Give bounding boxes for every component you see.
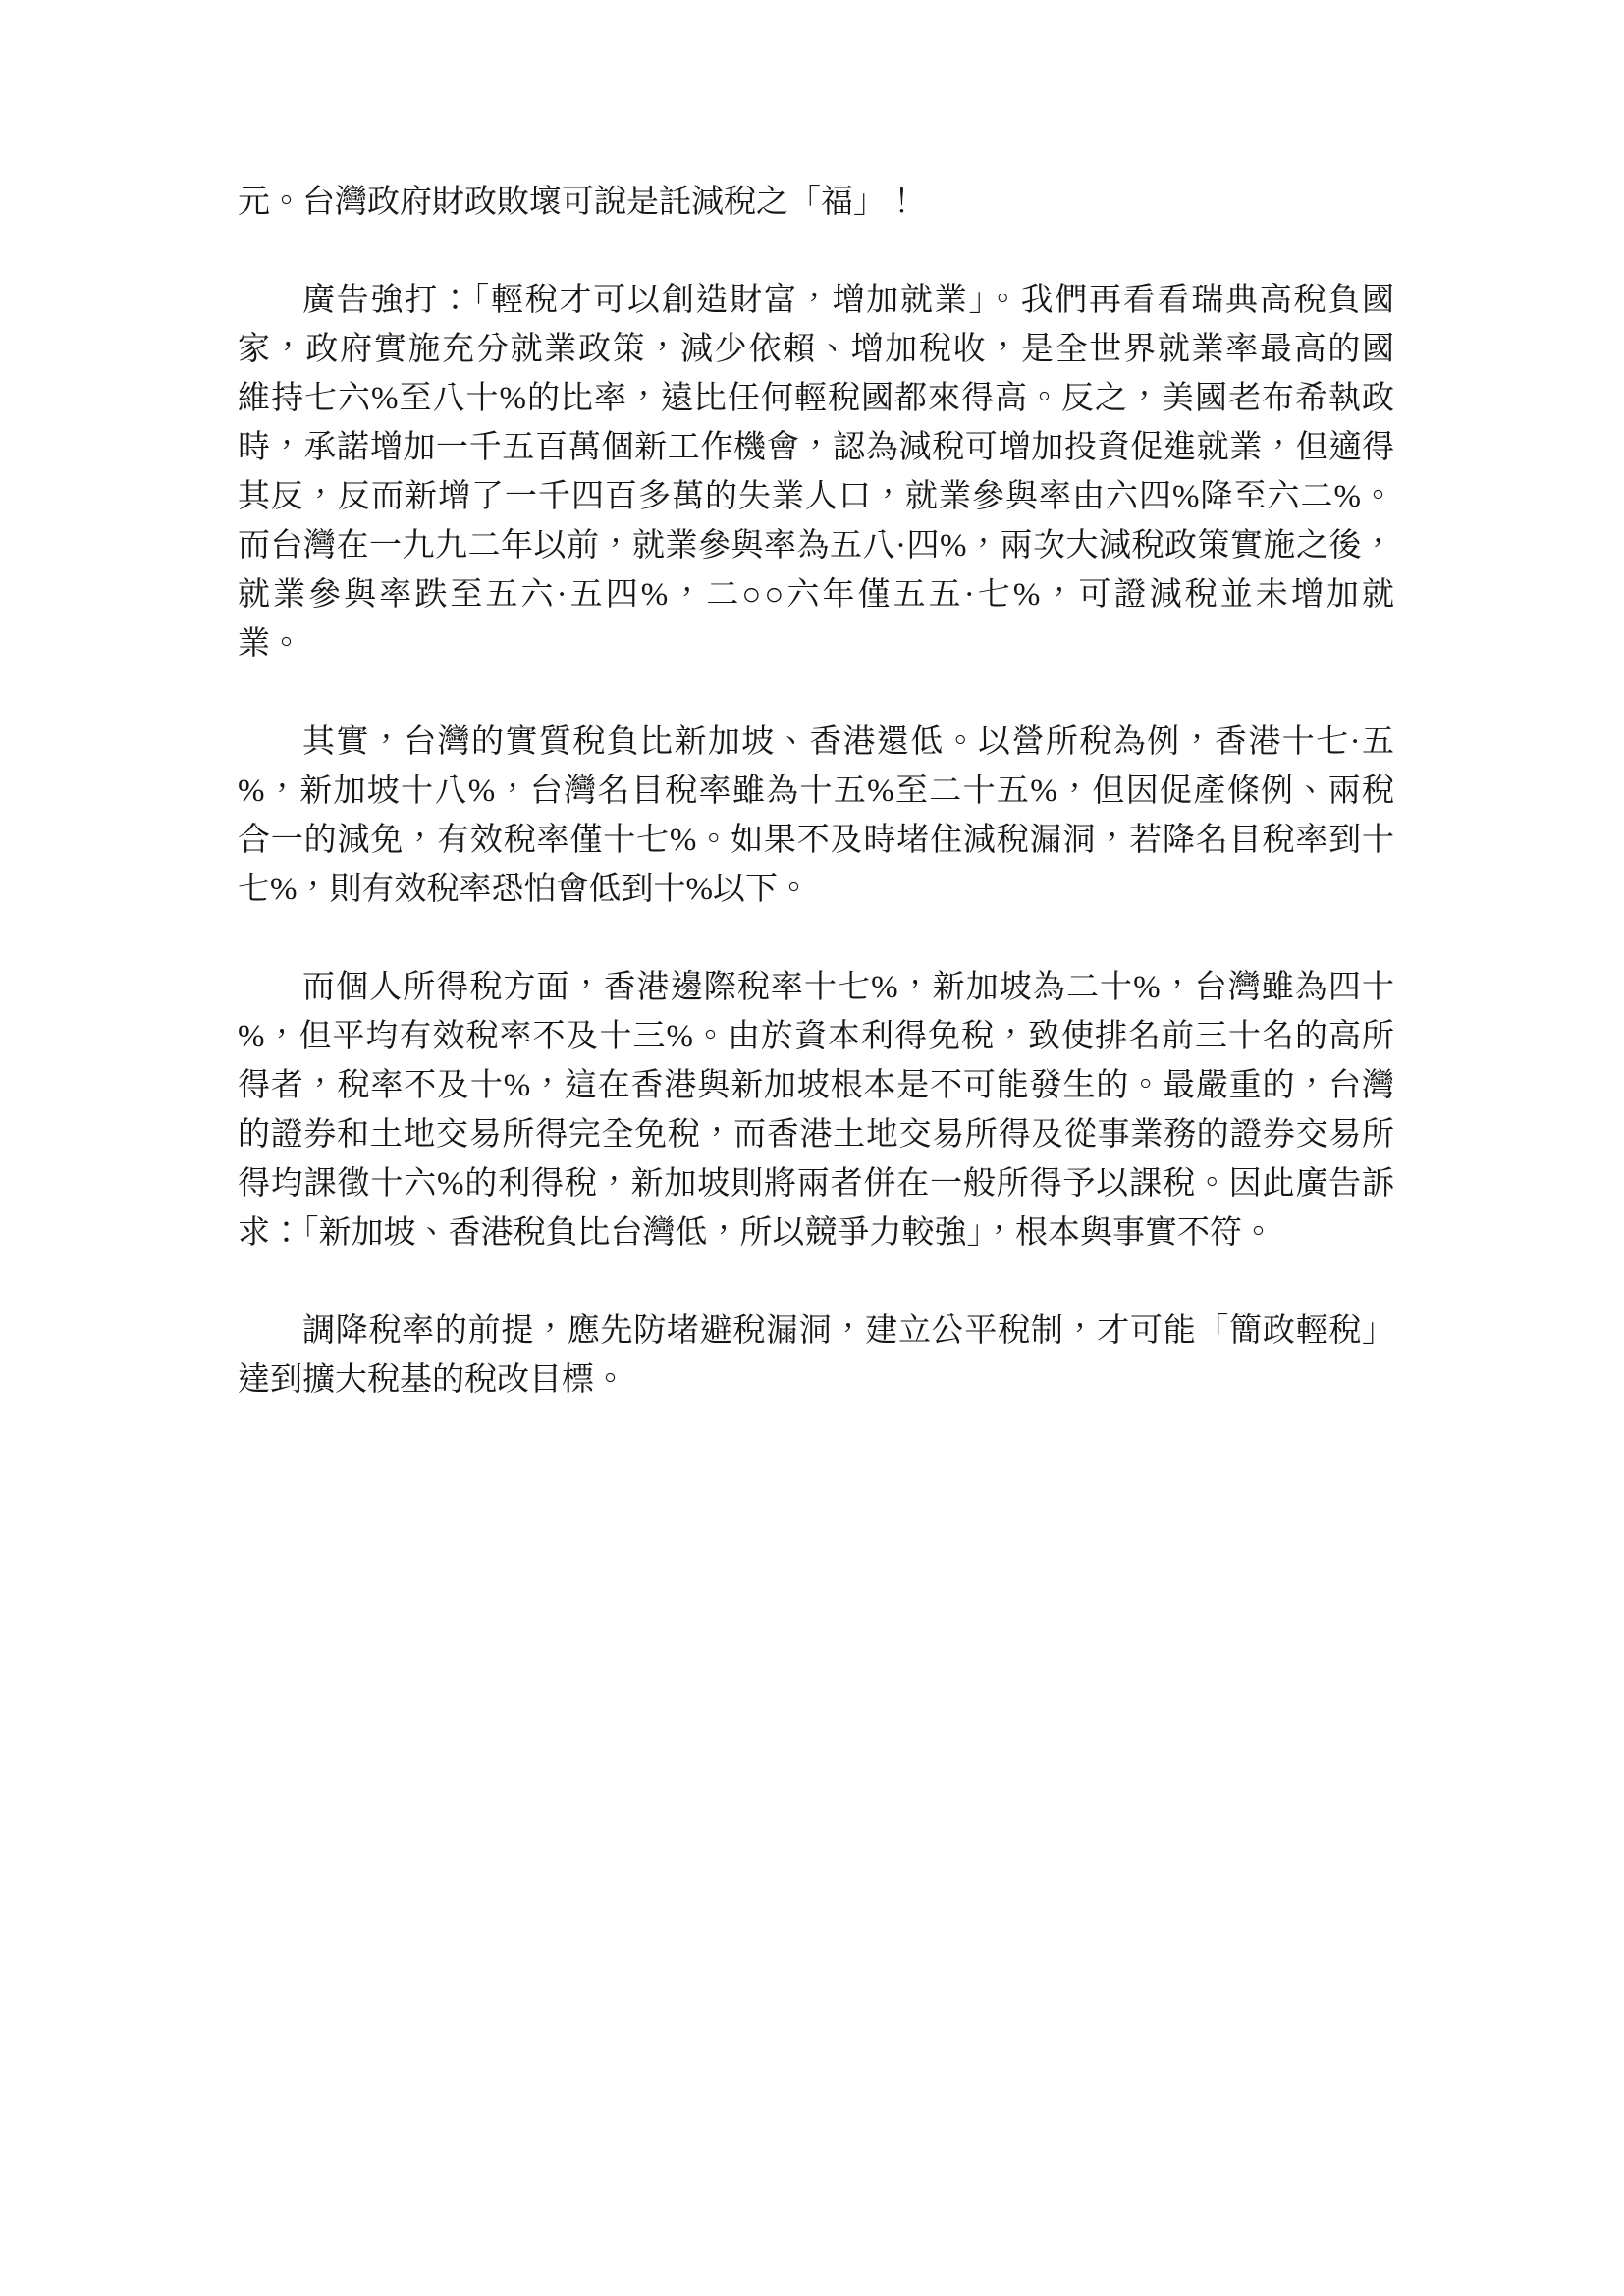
text-line: 廣告強打：「輕稅才可以創造財富，增加就業」。我們再看看瑞典高稅負國	[238, 276, 1394, 325]
text-line: 調降稅率的前提，應先防堵避稅漏洞，建立公平稅制，才可能「簡政輕稅」	[238, 1307, 1394, 1356]
paragraph: 廣告強打：「輕稅才可以創造財富，增加就業」。我們再看看瑞典高稅負國家，政府實施充…	[238, 276, 1394, 668]
paragraph: 調降稅率的前提，應先防堵避稅漏洞，建立公平稅制，才可能「簡政輕稅」達到擴大稅基的…	[238, 1307, 1394, 1405]
text-line: 達到擴大稅基的稅改目標。	[238, 1356, 1394, 1405]
text-line: 家，政府實施充分就業政策，減少依賴、增加稅收，是全世界就業率最高的國家，	[238, 325, 1394, 374]
paragraph: 元。台灣政府財政敗壞可說是託減稅之「福」！	[238, 178, 1394, 227]
text-line: 合一的減免，有效稅率僅十七%。如果不及時堵住減稅漏洞，若降名目稅率到十	[238, 816, 1394, 865]
text-line: 就業參與率跌至五六·五四%，二○○六年僅五五·七%，可證減稅並未增加就	[238, 570, 1394, 619]
document-page: 元。台灣政府財政敗壞可說是託減稅之「福」！廣告強打：「輕稅才可以創造財富，增加就…	[0, 0, 1624, 2296]
text-line: 業。	[238, 619, 1394, 668]
text-line: 其實，台灣的實質稅負比新加坡、香港還低。以營所稅為例，香港十七·五	[238, 718, 1394, 767]
paragraph: 其實，台灣的實質稅負比新加坡、香港還低。以營所稅為例，香港十七·五%，新加坡十八…	[238, 718, 1394, 914]
paragraph: 而個人所得稅方面，香港邊際稅率十七%，新加坡為二十%，台灣雖為四十%，但平均有效…	[238, 963, 1394, 1257]
document-text-area: 元。台灣政府財政敗壞可說是託減稅之「福」！廣告強打：「輕稅才可以創造財富，增加就…	[238, 178, 1394, 1454]
text-line: %，但平均有效稅率不及十三%。由於資本利得免稅，致使排名前三十名的高所	[238, 1012, 1394, 1061]
text-line: 求：「新加坡、香港稅負比台灣低，所以競爭力較強」，根本與事實不符。	[238, 1208, 1394, 1257]
text-line: 的證券和土地交易所得完全免稅，而香港土地交易所得及從事業務的證券交易所	[238, 1110, 1394, 1159]
text-line: 元。台灣政府財政敗壞可說是託減稅之「福」！	[238, 178, 1394, 227]
text-line: 而個人所得稅方面，香港邊際稅率十七%，新加坡為二十%，台灣雖為四十	[238, 963, 1394, 1012]
text-line: 而台灣在一九九二年以前，就業參與率為五八·四%，兩次大減稅政策實施之後，	[238, 521, 1394, 570]
text-line: 維持七六%至八十%的比率，遠比任何輕稅國都來得高。反之，美國老布希執政	[238, 374, 1394, 423]
text-line: 時，承諾增加一千五百萬個新工作機會，認為減稅可增加投資促進就業，但適得	[238, 423, 1394, 472]
text-line: 其反，反而新增了一千四百多萬的失業人口，就業參與率由六四%降至六二%。	[238, 472, 1394, 521]
text-line: %，新加坡十八%，台灣名目稅率雖為十五%至二十五%，但因促產條例、兩稅	[238, 767, 1394, 816]
text-line: 七%，則有效稅率恐怕會低到十%以下。	[238, 865, 1394, 914]
text-line: 得者，稅率不及十%，這在香港與新加坡根本是不可能發生的。最嚴重的，台灣	[238, 1061, 1394, 1110]
text-line: 得均課徵十六%的利得稅，新加坡則將兩者併在一般所得予以課稅。因此廣告訴	[238, 1159, 1394, 1208]
